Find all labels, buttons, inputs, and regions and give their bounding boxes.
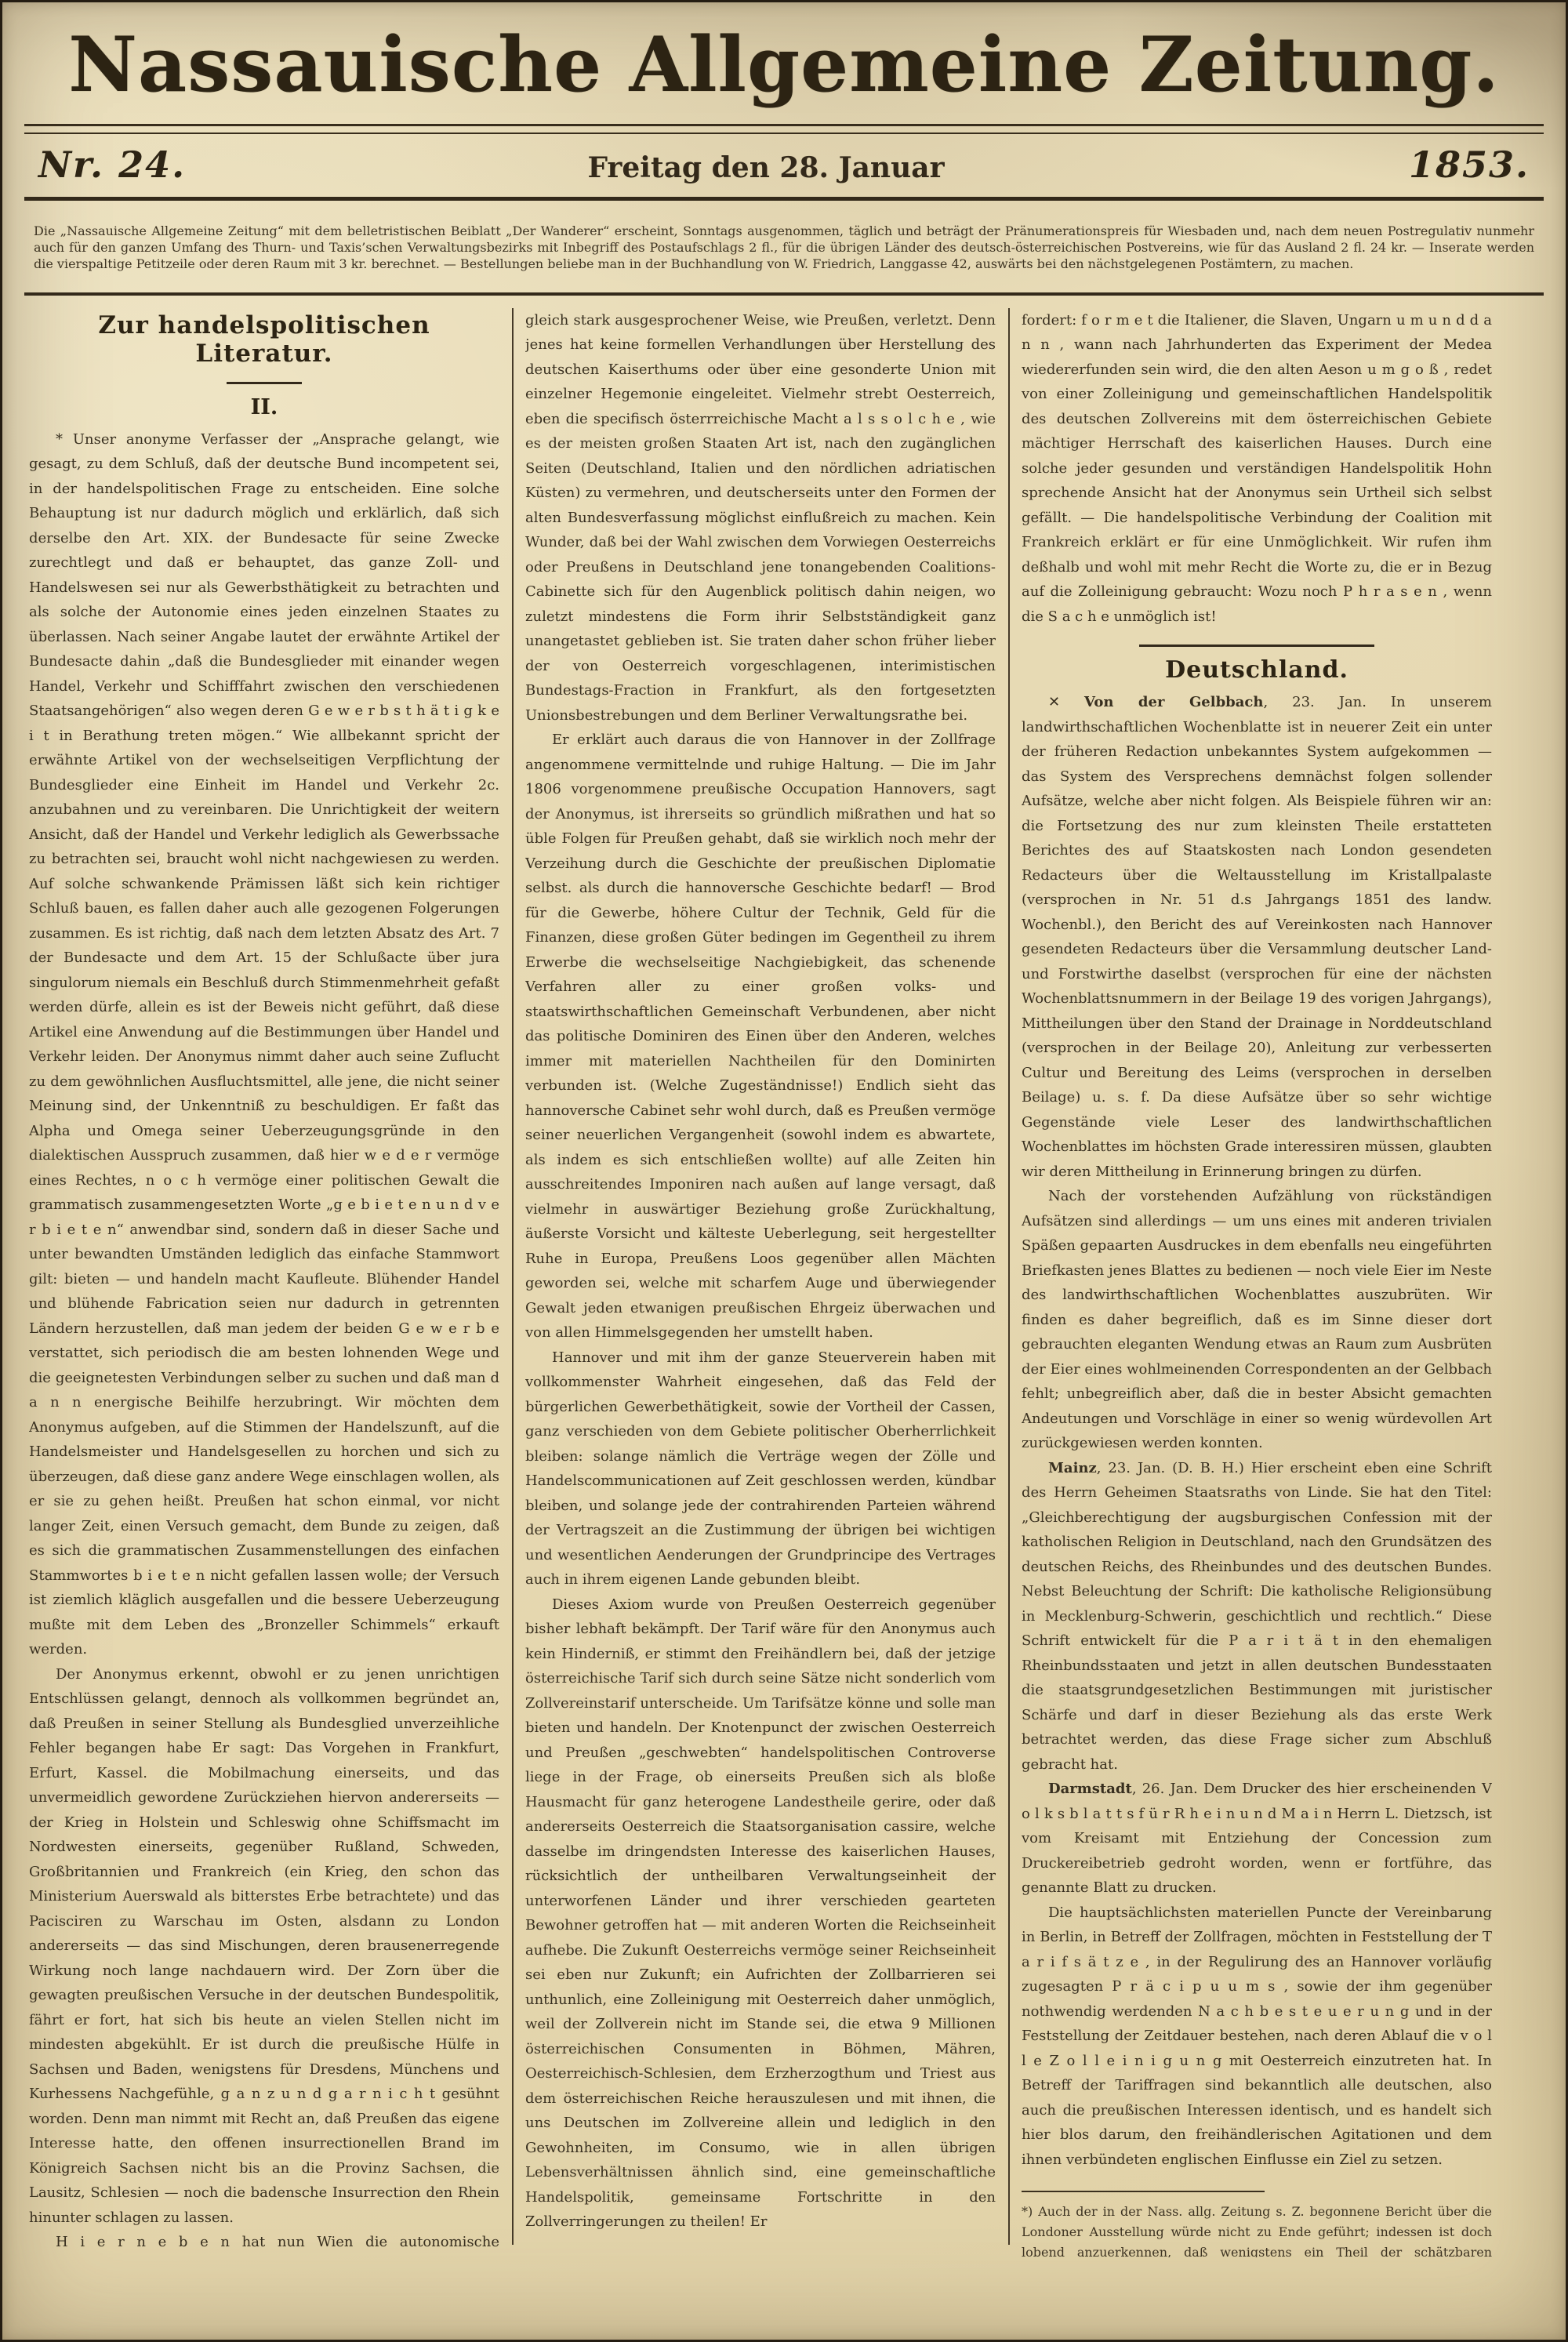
paragraph: Hannover und mit ihm der ganze Steuerver… bbox=[525, 1345, 996, 1592]
paragraph: fordert: f o r m e t die Italiener, die … bbox=[1022, 308, 1492, 630]
date-row: Nr. 24. Freitag den 28. Januar 1853. bbox=[2, 134, 1566, 192]
item-marker: ✕ bbox=[1048, 694, 1084, 710]
paragraph: Er erklärt auch daraus die von Hannover … bbox=[525, 728, 996, 1345]
edition-year: 1853. bbox=[1409, 143, 1530, 186]
column-left: Zur handelspolitischen Literatur. II. * … bbox=[29, 308, 499, 2257]
paragraph: * Unser anonyme Verfasser der „Ansprache… bbox=[29, 427, 499, 1662]
item-text: Die hauptsächlichsten materiellen Puncte… bbox=[1022, 1904, 1492, 2168]
news-item: Die hauptsächlichsten materiellen Puncte… bbox=[1022, 1901, 1492, 2173]
news-item: Darmstadt, 26. Jan. Dem Drucker des hier… bbox=[1022, 1777, 1492, 1901]
footnote-text: Auch der in der Nass. allg. Zeitung s. Z… bbox=[1022, 2204, 1492, 2257]
double-rule bbox=[24, 124, 1544, 134]
footnote-rule bbox=[1022, 2191, 1265, 2192]
column-gutter bbox=[996, 308, 1022, 2257]
column-center: gleich stark ausgesprochener Weise, wie … bbox=[525, 308, 996, 2257]
imprint-text: Die „Nassauische Allgemeine Zeitung“ mit… bbox=[2, 213, 1566, 280]
item-dateline: Mainz bbox=[1048, 1460, 1097, 1476]
item-text: Nach der vorstehenden Aufzählung von rüc… bbox=[1022, 1188, 1492, 1451]
item-dateline: Darmstadt bbox=[1048, 1781, 1132, 1797]
masthead: Nassauische Allgemeine Zeitung. bbox=[2, 2, 1566, 105]
column-layout: Zur handelspolitischen Literatur. II. * … bbox=[2, 296, 1566, 2257]
item-text: , 26. Jan. Dem Drucker des hier erschein… bbox=[1022, 1781, 1492, 1896]
edition-date: Freitag den 28. Januar bbox=[587, 151, 944, 184]
section-divider-rule bbox=[1139, 645, 1374, 647]
column-gutter bbox=[499, 308, 525, 2257]
item-text: , 23. Jan. In unserem landwirthschaftlic… bbox=[1022, 694, 1492, 1180]
newspaper-page: Nassauische Allgemeine Zeitung. Nr. 24. … bbox=[2, 2, 1566, 2340]
column-right: fordert: f o r m e t die Italiener, die … bbox=[1022, 308, 1492, 2257]
footnote: *) Auch der in der Nass. allg. Zeitung s… bbox=[1022, 2202, 1492, 2257]
article-heading: Zur handelspolitischen Literatur. bbox=[29, 311, 499, 368]
paragraph: gleich stark ausgesprochener Weise, wie … bbox=[525, 308, 996, 728]
section-number: II. bbox=[29, 395, 499, 419]
paragraph: Der Anonymus erkennt, obwohl er zu jenen… bbox=[29, 1662, 499, 2231]
country-heading: Deutschland. bbox=[1022, 656, 1492, 684]
news-item: Mainz, 23. Jan. (D. B. H.) Hier erschein… bbox=[1022, 1456, 1492, 1777]
thick-rule-top bbox=[24, 197, 1544, 201]
heading-rule bbox=[227, 382, 302, 384]
news-item: Nach der vorstehenden Aufzählung von rüc… bbox=[1022, 1184, 1492, 1456]
news-item: ✕ Von der Gelbbach, 23. Jan. In unserem … bbox=[1022, 690, 1492, 1184]
column-divider-rule bbox=[512, 308, 514, 2245]
item-text: , 23. Jan. (D. B. H.) Hier erscheint ebe… bbox=[1022, 1460, 1492, 1773]
column-divider-rule bbox=[1008, 308, 1010, 2245]
item-dateline: Von der Gelbbach bbox=[1084, 694, 1263, 710]
issue-number: Nr. 24. bbox=[38, 143, 186, 186]
paragraph: Dieses Axiom wurde von Preußen Oesterrei… bbox=[525, 1592, 996, 2235]
footnote-marker: *) bbox=[1022, 2204, 1038, 2219]
paper-title: Nassauische Allgemeine Zeitung. bbox=[2, 26, 1566, 105]
paragraph: H i e r n e b e n hat nun Wien die auton… bbox=[29, 2230, 499, 2257]
